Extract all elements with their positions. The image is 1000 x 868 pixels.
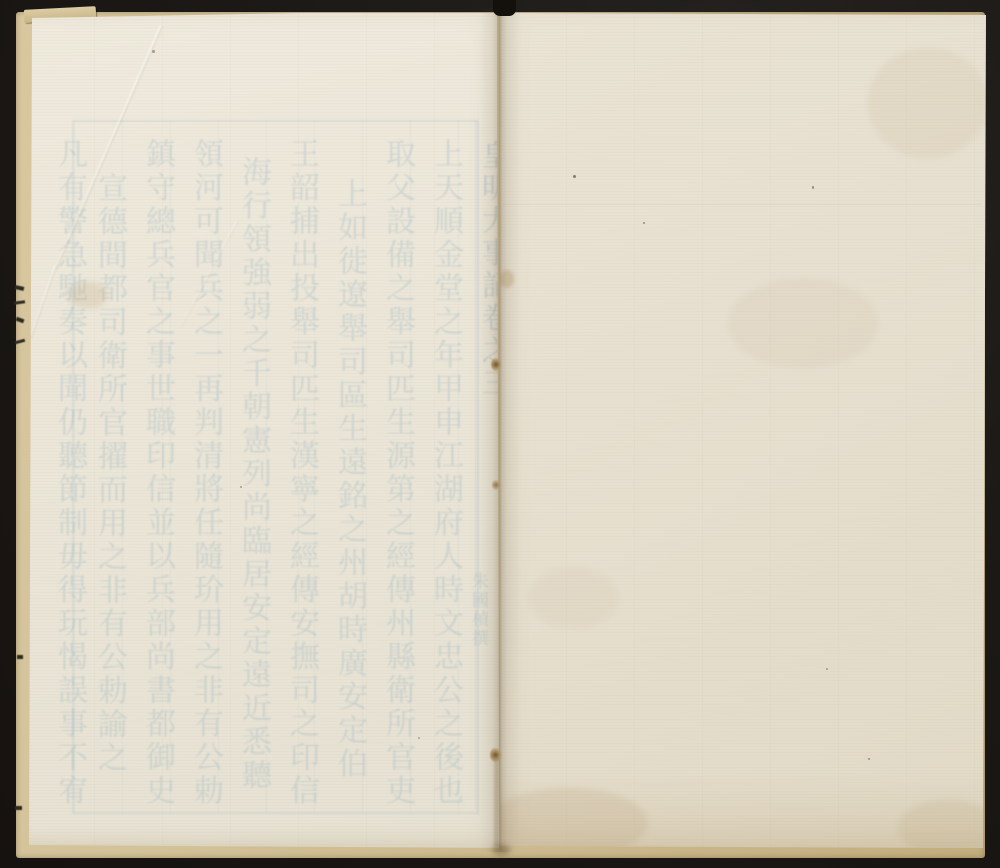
- bleedthrough-annotation-column: 朱國楨撰: [468, 572, 488, 648]
- bleedthrough-frame: [72, 120, 479, 814]
- fold-bottom-shadow: [492, 844, 510, 856]
- dust-speck: [573, 175, 576, 178]
- bleedthrough-text-column: 海行領強弱之千朝憲列尚臨居安定遠近悉聽: [236, 156, 270, 793]
- binding-nick: [492, 480, 500, 490]
- bleedthrough-text-column: 鎮守總兵官之事世職印信並以兵部尚書都御史: [140, 138, 174, 808]
- left-page: 皇明大事記卷之三 朱國楨撰 上天順金堂之年甲申江湖府人時文忠公之後也 取父設備之…: [26, 10, 502, 850]
- dust-speck: [812, 186, 814, 189]
- stitch-mark: [15, 806, 22, 810]
- dust-speck: [240, 486, 242, 488]
- binding-nick: [491, 358, 501, 371]
- dust-speck: [418, 737, 420, 739]
- bleedthrough-text-column: 上天順金堂之年甲申江湖府人時文忠公之後也: [428, 138, 462, 808]
- stain: [728, 278, 878, 368]
- right-page: [498, 8, 988, 850]
- bleedthrough-text-column: 領河可聞兵之一再判清將任隨玠用之非有公勅: [188, 138, 222, 808]
- bleedthrough-margin-rule: [475, 120, 476, 810]
- bleedthrough-text-column: 王韶捕出投舉司匹生漢寧之經傳安撫司之印信: [284, 138, 318, 808]
- dust-speck: [868, 758, 870, 760]
- stain: [68, 282, 108, 308]
- fold-fray: [494, 758, 499, 846]
- stain: [868, 48, 988, 158]
- stitch-mark: [17, 655, 23, 659]
- corner-toning: [898, 800, 998, 856]
- bleedthrough-text-column: 取父設備之舉司匹生源第之經傳州縣衛所官吏: [380, 138, 414, 808]
- dust-speck: [152, 50, 155, 53]
- stain-near-fold: [500, 270, 514, 288]
- chain-line: [502, 204, 982, 205]
- spine-notch: [493, 0, 516, 16]
- bleedthrough-text-column: 上如徙遼舉司區生遠銘之州胡時廣安定伯: [332, 178, 366, 781]
- book-scan-photo: { "colors": { "cover_black": "#1c1916", …: [0, 0, 1000, 868]
- bleedthrough-text-column: 宣德間都司衛所官擢而用之非有公勅諭之: [92, 172, 126, 775]
- dust-speck: [643, 222, 645, 224]
- fold-line: [500, 10, 501, 850]
- dust-speck: [826, 668, 828, 670]
- stain: [528, 568, 618, 628]
